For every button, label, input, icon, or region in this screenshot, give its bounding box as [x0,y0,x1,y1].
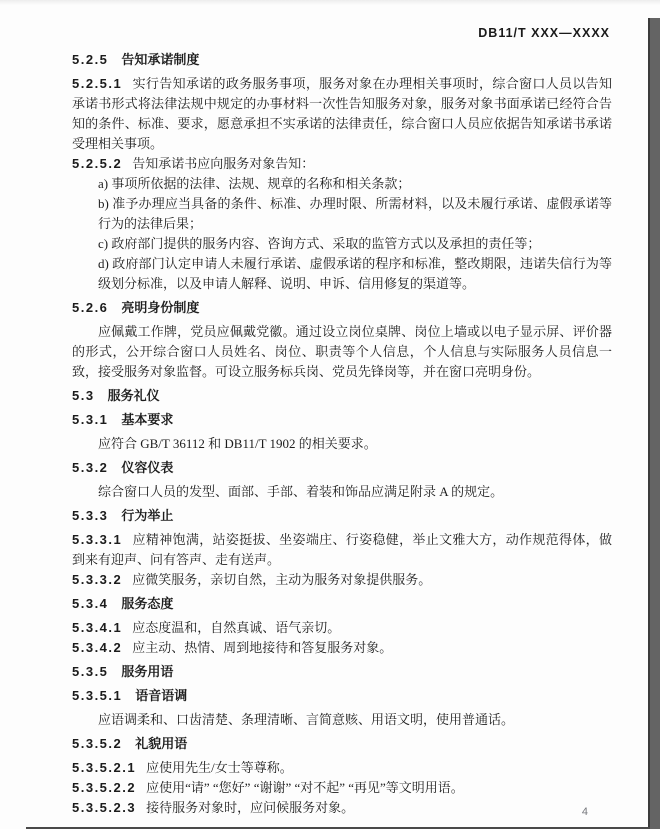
clause-text: 实行告知承诺的政务服务事项，服务对象在办理相关事项时，综合窗口人员以告知承诺书形… [72,76,612,151]
clause-paragraph: 5.3.5.2.1应使用先生/女士等尊称。 [72,758,612,778]
section-number: 5.3.2 [72,460,108,475]
section-title: 服务态度 [121,596,173,611]
list-item: d) 政府部门认定申请人未履行承诺、虚假承诺的程序和标准，整改期限，违诺失信行为… [98,254,612,294]
clause-paragraph: 5.3.3.1应精神饱满，站姿挺拔、坐姿端庄、行姿稳健，举止文雅大方，动作规范得… [72,530,612,570]
clause-text: 应微笑服务，亲切自然，主动为服务对象提供服务。 [132,572,431,587]
section-title: 告知承诺制度 [121,52,199,67]
section-title: 仪容仪表 [121,460,173,475]
page-number: 4 [582,806,588,818]
body-paragraph: 应佩戴工作牌，党员应佩戴党徽。通过设立岗位桌牌、岗位上墙或以电子显示屏、评价器的… [72,322,612,382]
clause-text: 接待服务对象时，应问候服务对象。 [146,800,354,815]
clause-number: 5.2.5.1 [72,76,122,91]
clause-paragraph: 5.3.5.2.2应使用“请” “您好” “谢谢” “对不起” “再见”等文明用… [72,778,612,798]
section-heading: 5.3服务礼仪 [72,386,612,406]
document-page: DB11/T XXX—XXXX 5.2.5告知承诺制度5.2.5.1实行告知承诺… [0,0,660,829]
section-title: 语音语调 [135,688,187,703]
clause-number: 5.2.5.2 [72,156,122,171]
clause-paragraph: 5.2.5.2告知承诺书应向服务对象告知： [72,154,612,174]
section-number: 5.2.6 [72,300,108,315]
list-item: a) 事项所依据的法律、法规、规章的名称和相关条款； [98,174,612,194]
clause-text: 应使用先生/女士等尊称。 [146,760,293,775]
clause-text: 应主动、热情、周到地接待和答复服务对象。 [132,640,392,655]
section-title: 行为举止 [121,508,173,523]
clause-text: 应精神饱满，站姿挺拔、坐姿端庄、行姿稳健，举止文雅大方，动作规范得体，做到来有迎… [72,532,612,567]
section-number: 5.3.5.2 [72,736,122,751]
section-title: 礼貌用语 [135,736,187,751]
section-number: 5.3.3 [72,508,108,523]
clause-number: 5.3.3.1 [72,532,122,547]
clause-number: 5.3.5.2.3 [72,800,136,815]
body-paragraph: 应符合 GB/T 36112 和 DB11/T 1902 的相关要求。 [72,434,612,454]
section-number: 5.3.5 [72,664,108,679]
section-number: 5.2.5 [72,52,108,67]
section-heading: 5.3.5服务用语 [72,662,612,682]
list-item: b) 准予办理应当具备的条件、标准、办理时限、所需材料，以及未履行承诺、虚假承诺… [98,194,612,234]
document-content: 5.2.5告知承诺制度5.2.5.1实行告知承诺的政务服务事项，服务对象在办理相… [72,46,612,818]
section-heading: 5.3.3行为举止 [72,506,612,526]
doc-code-header: DB11/T XXX—XXXX [478,26,610,40]
section-number: 5.3.4 [72,596,108,611]
body-paragraph: 综合窗口人员的发型、面部、手部、着装和饰品应满足附录 A 的规定。 [72,482,612,502]
body-paragraph: 应语调柔和、口齿清楚、条理清晰、言简意赅、用语文明，使用普通话。 [72,710,612,730]
section-number: 5.3.1 [72,412,108,427]
section-heading: 5.2.5告知承诺制度 [72,50,612,70]
clause-number: 5.3.3.2 [72,572,122,587]
clause-number: 5.3.4.2 [72,640,122,655]
clause-text: 应态度温和，自然真诚、语气亲切。 [132,620,340,635]
section-title: 服务礼仪 [108,388,160,403]
section-number: 5.3 [72,388,95,403]
list-item: c) 政府部门提供的服务内容、咨询方式、采取的监管方式以及承担的责任等； [98,234,612,254]
clause-text: 告知承诺书应向服务对象告知： [132,156,314,171]
clause-number: 5.3.4.1 [72,620,122,635]
section-heading: 5.2.6亮明身份制度 [72,298,612,318]
section-heading: 5.3.4服务态度 [72,594,612,614]
clause-number: 5.3.5.2.2 [72,780,136,795]
clause-paragraph: 5.3.3.2应微笑服务，亲切自然，主动为服务对象提供服务。 [72,570,612,590]
section-title: 基本要求 [121,412,173,427]
clause-paragraph: 5.3.5.2.3接待服务对象时，应问候服务对象。 [72,798,612,818]
scan-edge-right [648,18,660,829]
section-title: 亮明身份制度 [121,300,199,315]
clause-number: 5.3.5.2.1 [72,760,136,775]
section-heading: 5.3.2仪容仪表 [72,458,612,478]
section-title: 服务用语 [121,664,173,679]
clause-paragraph: 5.2.5.1实行告知承诺的政务服务事项，服务对象在办理相关事项时，综合窗口人员… [72,74,612,154]
clause-text: 应使用“请” “您好” “谢谢” “对不起” “再见”等文明用语。 [146,780,464,795]
section-heading: 5.3.1基本要求 [72,410,612,430]
section-number: 5.3.5.1 [72,688,122,703]
section-heading: 5.3.5.1语音语调 [72,686,612,706]
clause-paragraph: 5.3.4.2应主动、热情、周到地接待和答复服务对象。 [72,638,612,658]
section-heading: 5.3.5.2礼貌用语 [72,734,612,754]
clause-paragraph: 5.3.4.1应态度温和，自然真诚、语气亲切。 [72,618,612,638]
